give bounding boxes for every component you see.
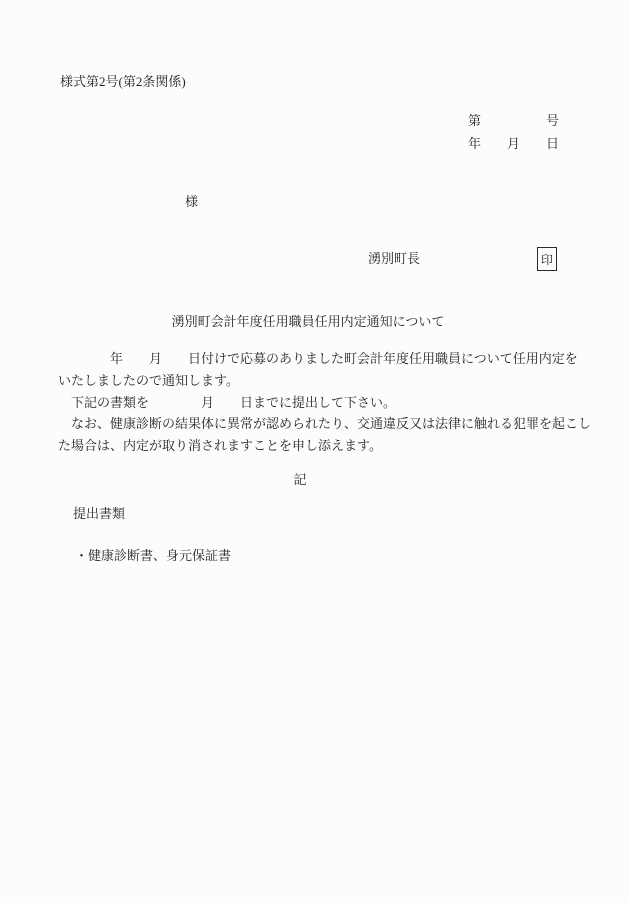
body-line: 年 月 日付けで応募のありました町会計年度任用職員について任用内定を xyxy=(58,348,574,370)
document-title: 湧別町会計年度任用職員任用内定通知について xyxy=(0,311,616,330)
seal-mark: 印 xyxy=(541,251,553,268)
body-paragraphs: 年 月 日付けで応募のありました町会計年度任用職員について任用内定を いたしまし… xyxy=(58,348,574,457)
document-page: 様式第2号(第2条関係) 第 号 年 月 日 様 湧別町長 印 湧別町会計年度任… xyxy=(0,0,630,903)
document-number-blank-line: 第 号 xyxy=(468,113,559,129)
body-line: 下記の書類を 月 日までに提出して下さい。 xyxy=(58,392,574,414)
addressee-honorific: 様 xyxy=(185,194,198,210)
body-line: いたしましたので通知します。 xyxy=(58,370,574,392)
sender-title: 湧別町長 xyxy=(368,251,420,267)
form-number-label: 様式第2号(第2条関係) xyxy=(60,74,186,90)
date-blank-line: 年 月 日 xyxy=(468,136,559,152)
body-line: た場合は、内定が取り消されますことを申し添えます。 xyxy=(58,435,574,457)
seal-box: 印 xyxy=(537,247,557,271)
submit-documents-label: 提出書類 xyxy=(73,506,125,522)
submit-document-list-item: ・健康診断書、身元保証書 xyxy=(75,548,231,564)
body-line: なお、健康診断の結果体に異常が認められたり、交通違反又は法律に触れる犯罪を起こし xyxy=(58,413,574,435)
record-marker: 記 xyxy=(0,469,600,488)
